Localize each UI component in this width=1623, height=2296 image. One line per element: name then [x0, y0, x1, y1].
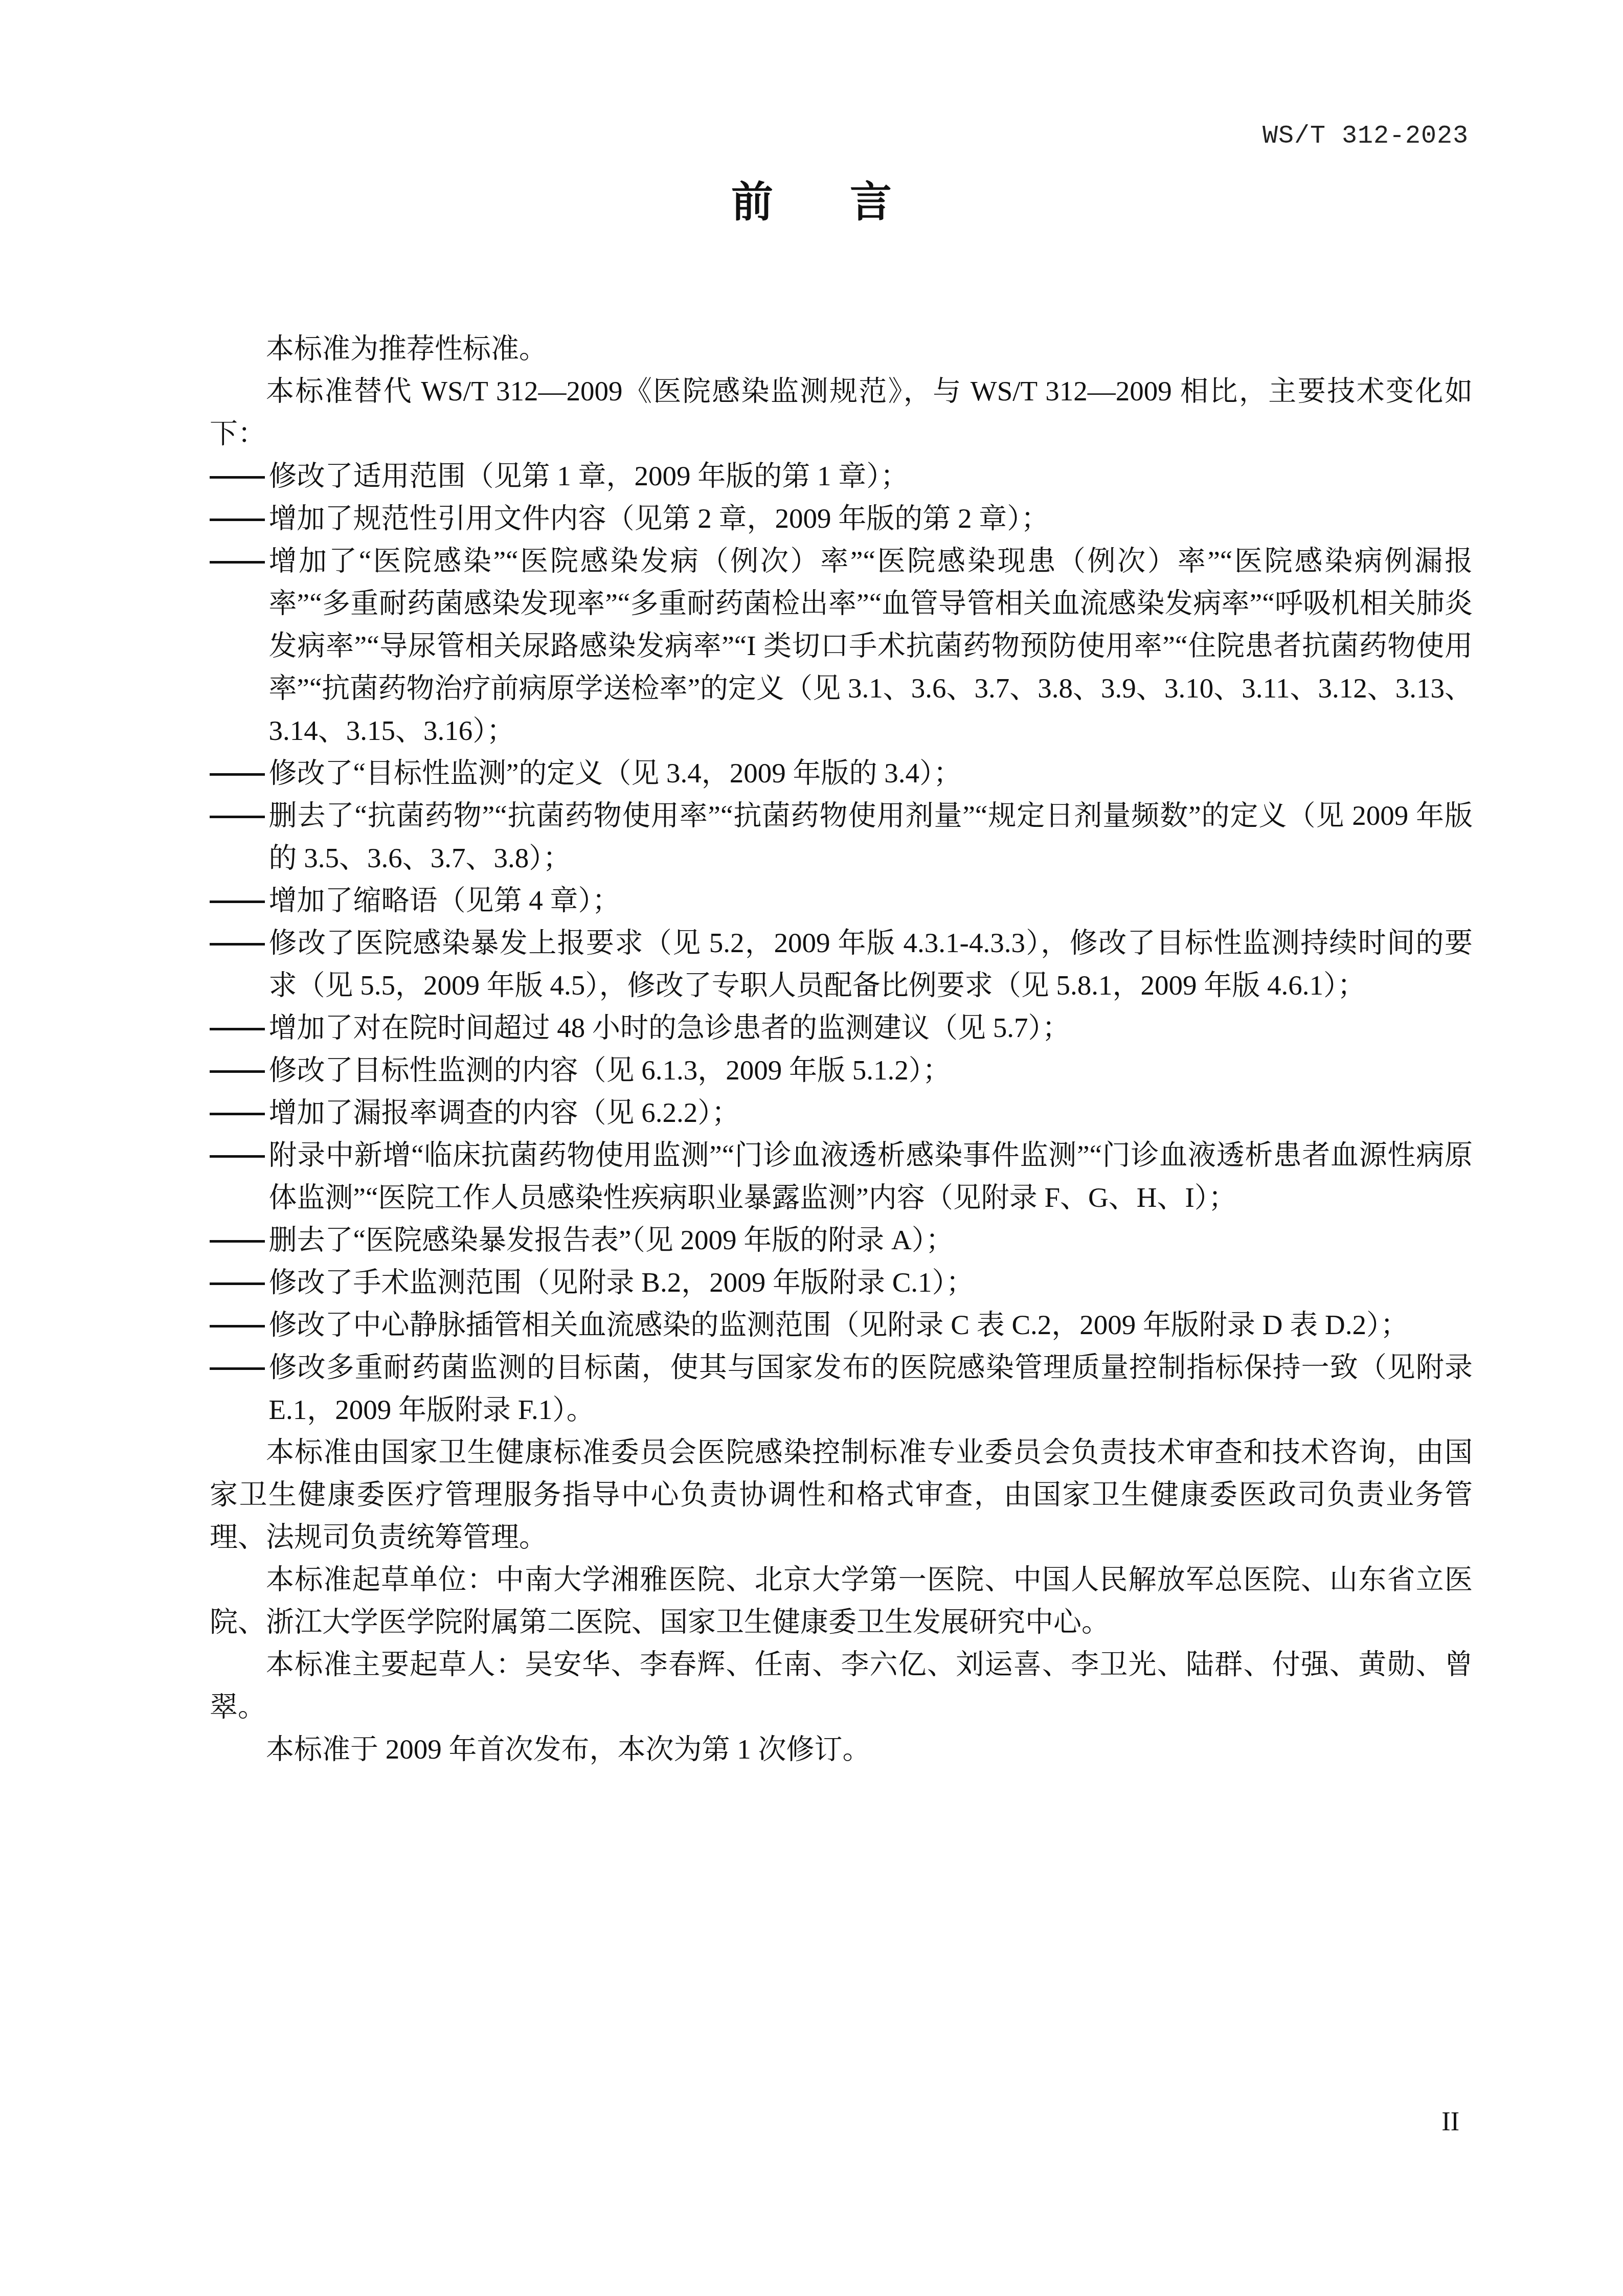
change-item: 删去了“医院感染暴发报告表”（见 2009 年版的附录 A）； — [210, 1219, 1473, 1261]
change-text: 附录中新增“临床抗菌药物使用监测”“门诊血液透析感染事件监测”“门诊血液透析患者… — [269, 1139, 1473, 1213]
change-text: 增加了规范性引用文件内容（见第 2 章，2009 年版的第 2 章）； — [269, 503, 1049, 534]
change-text: 修改了中心静脉插管相关血流感染的监测范围（见附录 C 表 C.2，2009 年版… — [269, 1309, 1409, 1340]
change-text: 删去了“医院感染暴发报告表”（见 2009 年版的附录 A）； — [269, 1224, 954, 1255]
drafting-units-paragraph: 本标准起草单位：中南大学湘雅医院、北京大学第一医院、中国人民解放军总医院、山东省… — [210, 1558, 1473, 1643]
change-item: 修改了医院感染暴发上报要求（见 5.2，2009 年版 4.3.1-4.3.3）… — [210, 921, 1473, 1006]
changes-list: 修改了适用范围（见第 1 章，2009 年版的第 1 章）； 增加了规范性引用文… — [210, 455, 1473, 1431]
change-item: 增加了规范性引用文件内容（见第 2 章，2009 年版的第 2 章）； — [210, 497, 1473, 539]
change-item: 修改多重耐药菌监测的目标菌，使其与国家发布的医院感染管理质量控制指标保持一致（见… — [210, 1346, 1473, 1431]
standard-code: WS/T 312-2023 — [1263, 122, 1469, 151]
change-text: 增加了“医院感染”“医院感染发病（例次）率”“医院感染现患（例次）率”“医院感染… — [269, 545, 1473, 746]
change-text: 修改了适用范围（见第 1 章，2009 年版的第 1 章）； — [269, 460, 909, 491]
change-item: 附录中新增“临床抗菌药物使用监测”“门诊血液透析感染事件监测”“门诊血液透析患者… — [210, 1134, 1473, 1219]
change-item: 增加了“医院感染”“医院感染发病（例次）率”“医院感染现患（例次）率”“医院感染… — [210, 539, 1473, 752]
change-text: 修改了手术监测范围（见附录 B.2，2009 年版附录 C.1）； — [269, 1267, 975, 1298]
change-text: 修改了“目标性监测”的定义（见 3.4，2009 年版的 3.4）； — [269, 757, 962, 789]
foreword-body: 本标准为推荐性标准。 本标准替代 WS/T 312—2009《医院感染监测规范》… — [210, 327, 1473, 1770]
change-item: 增加了缩略语（见第 4 章）； — [210, 879, 1473, 921]
change-text: 删去了“抗菌药物”“抗菌药物使用率”“抗菌药物使用剂量”“规定日剂量频数”的定义… — [269, 800, 1473, 873]
change-text: 修改了医院感染暴发上报要求（见 5.2，2009 年版 4.3.1-4.3.3）… — [269, 927, 1473, 1001]
change-item: 修改了“目标性监测”的定义（见 3.4，2009 年版的 3.4）； — [210, 752, 1473, 794]
change-text: 修改了目标性监测的内容（见 6.1.3，2009 年版 5.1.2）； — [269, 1054, 951, 1086]
change-item: 修改了适用范围（见第 1 章，2009 年版的第 1 章）； — [210, 455, 1473, 497]
change-text: 增加了漏报率调查的内容（见 6.2.2）； — [269, 1097, 740, 1128]
title-char-left: 前 — [731, 178, 773, 227]
title-char-right: 言 — [850, 178, 892, 227]
change-text: 增加了缩略语（见第 4 章）； — [269, 885, 621, 916]
change-text: 修改多重耐药菌监测的目标菌，使其与国家发布的医院感染管理质量控制指标保持一致（见… — [269, 1352, 1473, 1425]
change-text: 增加了对在院时间超过 48 小时的急诊患者的监测建议（见 5.7）； — [269, 1012, 1071, 1043]
change-item: 修改了手术监测范围（见附录 B.2，2009 年版附录 C.1）； — [210, 1261, 1473, 1303]
intro-paragraph: 本标准为推荐性标准。 — [210, 327, 1473, 370]
publication-history-paragraph: 本标准于 2009 年首次发布，本次为第 1 次修订。 — [210, 1728, 1473, 1770]
page-number: II — [1441, 2107, 1459, 2137]
change-item: 修改了中心静脉插管相关血流感染的监测范围（见附录 C 表 C.2，2009 年版… — [210, 1303, 1473, 1346]
change-item: 增加了对在院时间超过 48 小时的急诊患者的监测建议（见 5.7）； — [210, 1006, 1473, 1049]
intro-paragraph: 本标准替代 WS/T 312—2009《医院感染监测规范》，与 WS/T 312… — [210, 370, 1473, 455]
change-item: 增加了漏报率调查的内容（见 6.2.2）； — [210, 1091, 1473, 1134]
page-title: 前言 — [0, 169, 1623, 229]
drafters-paragraph: 本标准主要起草人：吴安华、李春辉、任南、李六亿、刘运喜、李卫光、陆群、付强、黄勋… — [210, 1643, 1473, 1728]
change-item: 修改了目标性监测的内容（见 6.1.3，2009 年版 5.1.2）； — [210, 1049, 1473, 1091]
change-item: 删去了“抗菌药物”“抗菌药物使用率”“抗菌药物使用剂量”“规定日剂量频数”的定义… — [210, 794, 1473, 879]
review-responsibility-paragraph: 本标准由国家卫生健康标准委员会医院感染控制标准专业委员会负责技术审查和技术咨询，… — [210, 1431, 1473, 1558]
